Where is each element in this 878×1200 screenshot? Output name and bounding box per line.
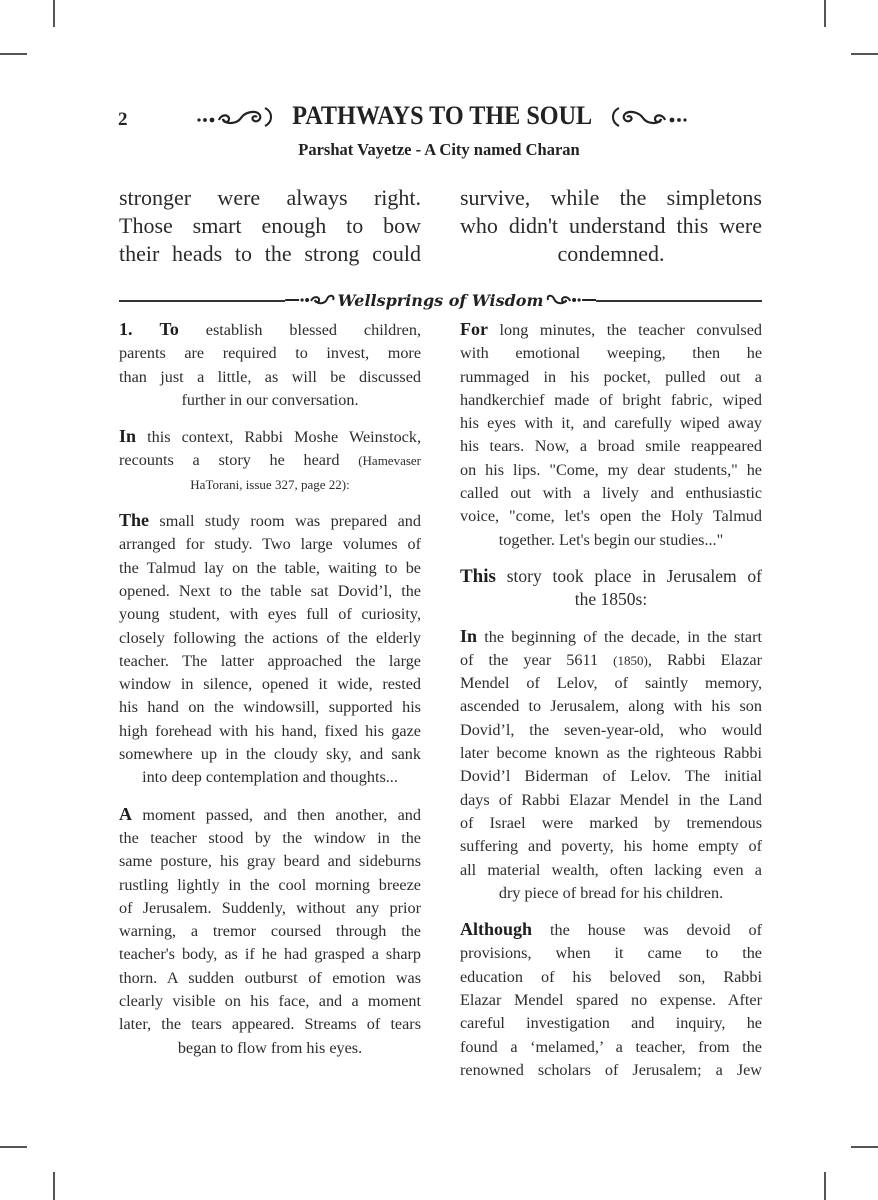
- text-line: parents are required to invest, more: [119, 342, 421, 365]
- paragraph: For long minutes, the teacher convulsed …: [460, 318, 762, 552]
- text-line: provisions, when it came to the: [460, 942, 762, 965]
- paragraph: This story took place in Jerusalem of th…: [460, 565, 762, 612]
- text-line: suffering and poverty, his home empty of: [460, 835, 762, 858]
- text-line: establish blessed children,: [179, 321, 421, 339]
- text-line: long minutes, the teacher convulsed: [488, 321, 762, 339]
- running-head-title: PATHWAYS TO THE SOUL: [292, 101, 592, 131]
- text-line: who didn't understand this were: [460, 212, 762, 240]
- text-line: began to flow from his eyes.: [119, 1037, 421, 1060]
- text-line: with emotional weeping, then he: [460, 342, 762, 365]
- scroll-ornament-right-icon: [546, 288, 596, 313]
- text-line: the beginning of the decade, in the star…: [477, 628, 762, 646]
- continuation-right: survive, while the simpletons who didn't…: [460, 184, 762, 268]
- lead-word: In: [460, 626, 477, 646]
- text-line: survive, while the simpletons: [460, 184, 762, 212]
- page-number: 2: [118, 109, 128, 131]
- text-line: clearly visible on his face, and a momen…: [119, 990, 421, 1013]
- crop-mark-top-left-h: [0, 53, 27, 55]
- text-line: condemned.: [460, 240, 762, 268]
- paragraph: 1. To establish blessed children, parent…: [119, 318, 421, 412]
- text-line: recounts a story he heard: [119, 451, 339, 469]
- text-line: this context, Rabbi Moshe Weinstock,: [136, 428, 421, 446]
- text-line: of Jerusalem. Suddenly, without any prio…: [119, 897, 421, 920]
- text-line: later, the tears appeared. Streams of te…: [119, 1013, 421, 1036]
- text-line: further in our conversation.: [119, 389, 421, 412]
- crop-mark-bottom-left-h: [0, 1146, 27, 1148]
- citation: (Hamevaser: [358, 453, 421, 468]
- lead-word: In: [119, 426, 136, 446]
- text-line: story took place in Jerusalem of: [496, 566, 762, 586]
- text-line: arranged for study. Two large volumes of: [119, 533, 421, 556]
- left-column: 1. To establish blessed children, parent…: [119, 318, 421, 1095]
- text-line: his eyes with it, and carefully wiped aw…: [460, 412, 762, 435]
- paragraph: In this context, Rabbi Moshe Weinstock, …: [119, 425, 421, 496]
- text-line: moment passed, and then another, and: [132, 806, 421, 824]
- divider-label: Wellsprings of Wisdom: [285, 288, 597, 313]
- lead-word: This: [460, 566, 496, 587]
- lead-word: Although: [460, 919, 532, 939]
- text-line: Mendel of Lelov, of saintly memory,: [460, 672, 762, 695]
- text-line: all material wealth, often lacking even …: [460, 859, 762, 882]
- text-line: careful investigation and inquiry, he: [460, 1012, 762, 1035]
- text-line: closely following the actions of the eld…: [119, 627, 421, 650]
- text-line: the teacher stood by the window in the: [119, 827, 421, 850]
- text-line: Dovid’l, the seven-year-old, who would: [460, 719, 762, 742]
- text-line: teacher's body, as if he had grasped a s…: [119, 943, 421, 966]
- lead-word: 1. To: [119, 319, 179, 339]
- text-line: , Rabbi Elazar: [648, 651, 762, 669]
- text-line: of the year 5611: [460, 651, 613, 669]
- section-divider: Wellsprings of Wisdom: [119, 288, 762, 312]
- divider-title: Wellsprings of Wisdom: [338, 291, 544, 310]
- text-line: education of his beloved son, Rabbi: [460, 966, 762, 989]
- text-line: his tears. Now, a broad smile reappeared: [460, 435, 762, 458]
- text-line: their heads to the strong could: [119, 240, 421, 268]
- text-line: thorn. A sudden outburst of emotion was: [119, 967, 421, 990]
- text-line: rummaged in his pocket, pulled out a: [460, 366, 762, 389]
- continuation-text: stronger were always right. Those smart …: [119, 184, 762, 268]
- text-line: high forehead with his hand, fixed his g…: [119, 720, 421, 743]
- text-line: together. Let's begin our studies...": [460, 529, 762, 552]
- text-line: same posture, his gray beard and sidebur…: [119, 850, 421, 873]
- text-line: window in silence, opened it wide, reste…: [119, 673, 421, 696]
- text-line: ascended to Jerusalem, along with his so…: [460, 695, 762, 718]
- right-column: For long minutes, the teacher convulsed …: [460, 318, 762, 1095]
- text-line: dry piece of bread for his children.: [460, 882, 762, 905]
- crop-mark-bottom-right-v: [824, 1172, 826, 1200]
- text-line: his hand on the windowsill, supported hi…: [119, 696, 421, 719]
- text-line: than just a little, as will be discussed: [119, 366, 421, 389]
- text-line: the house was devoid of: [532, 921, 762, 939]
- text-line: found a ‘melamed,’ a teacher, from the: [460, 1036, 762, 1059]
- crop-mark-top-right-h: [851, 53, 878, 55]
- continuation-left: stronger were always right. Those smart …: [119, 184, 421, 268]
- crop-mark-bottom-right-h: [851, 1146, 878, 1148]
- text-line: of Israel were marked by tremendous: [460, 812, 762, 835]
- text-line: Those smart enough to bow: [119, 212, 421, 240]
- text-line: days of Rabbi Elazar Mendel in the Land: [460, 789, 762, 812]
- text-line: warning, a tremor coursed through the: [119, 920, 421, 943]
- text-line: Dovid’l Biderman of Lelov. The initial: [460, 765, 762, 788]
- text-line: voice, "come, let's open the Holy Talmud: [460, 505, 762, 528]
- citation: HaTorani, issue 327, page 22):: [190, 477, 349, 492]
- text-line: on his lips. "Come, my dear students," h…: [460, 459, 762, 482]
- crop-mark-bottom-left-v: [53, 1172, 55, 1200]
- text-line: stronger were always right.: [119, 184, 421, 212]
- body-columns: 1. To establish blessed children, parent…: [119, 318, 762, 1095]
- lead-word: The: [119, 510, 149, 530]
- text-line: teacher. The latter approached the large: [119, 650, 421, 673]
- paragraph: Although the house was devoid of provisi…: [460, 918, 762, 1082]
- lead-word: A: [119, 804, 132, 824]
- paragraph: The small study room was prepared and ar…: [119, 509, 421, 790]
- text-line: Elazar Mendel spared no expense. After: [460, 989, 762, 1012]
- text-line: the 1850s:: [460, 588, 762, 611]
- scroll-ornament-left-icon: [195, 104, 277, 128]
- text-line: young student, with eyes full of curiosi…: [119, 603, 421, 626]
- text-line: called out with a lively and enthusiasti…: [460, 482, 762, 505]
- paragraph: A moment passed, and then another, and t…: [119, 803, 421, 1060]
- text-line: later become known as the righteous Rabb…: [460, 742, 762, 765]
- scroll-ornament-right-icon: [607, 104, 689, 128]
- lead-word: For: [460, 319, 488, 339]
- crop-mark-top-left-v: [53, 0, 55, 27]
- running-head: PATHWAYS TO THE SOUL: [172, 98, 712, 134]
- scroll-ornament-left-icon: [285, 288, 335, 313]
- text-line: rustling lightly in the cool morning bre…: [119, 874, 421, 897]
- paragraph: In the beginning of the decade, in the s…: [460, 625, 762, 906]
- chapter-subtitle: Parshat Vayetze - A City named Charan: [0, 140, 878, 160]
- year-note: (1850): [613, 653, 648, 668]
- text-line: small study room was prepared and: [149, 512, 421, 530]
- text-line: into deep contemplation and thoughts...: [119, 766, 421, 789]
- text-line: handkerchief made of bright fabric, wipe…: [460, 389, 762, 412]
- text-line: renowned scholars of Jerusalem; a Jew: [460, 1059, 762, 1082]
- text-line: opened. Next to the table sat Dovid’l, t…: [119, 580, 421, 603]
- text-line: somewhere up in the cloudy sky, and sank: [119, 743, 421, 766]
- text-line: the Talmud lay on the table, waiting to …: [119, 557, 421, 580]
- crop-mark-top-right-v: [824, 0, 826, 27]
